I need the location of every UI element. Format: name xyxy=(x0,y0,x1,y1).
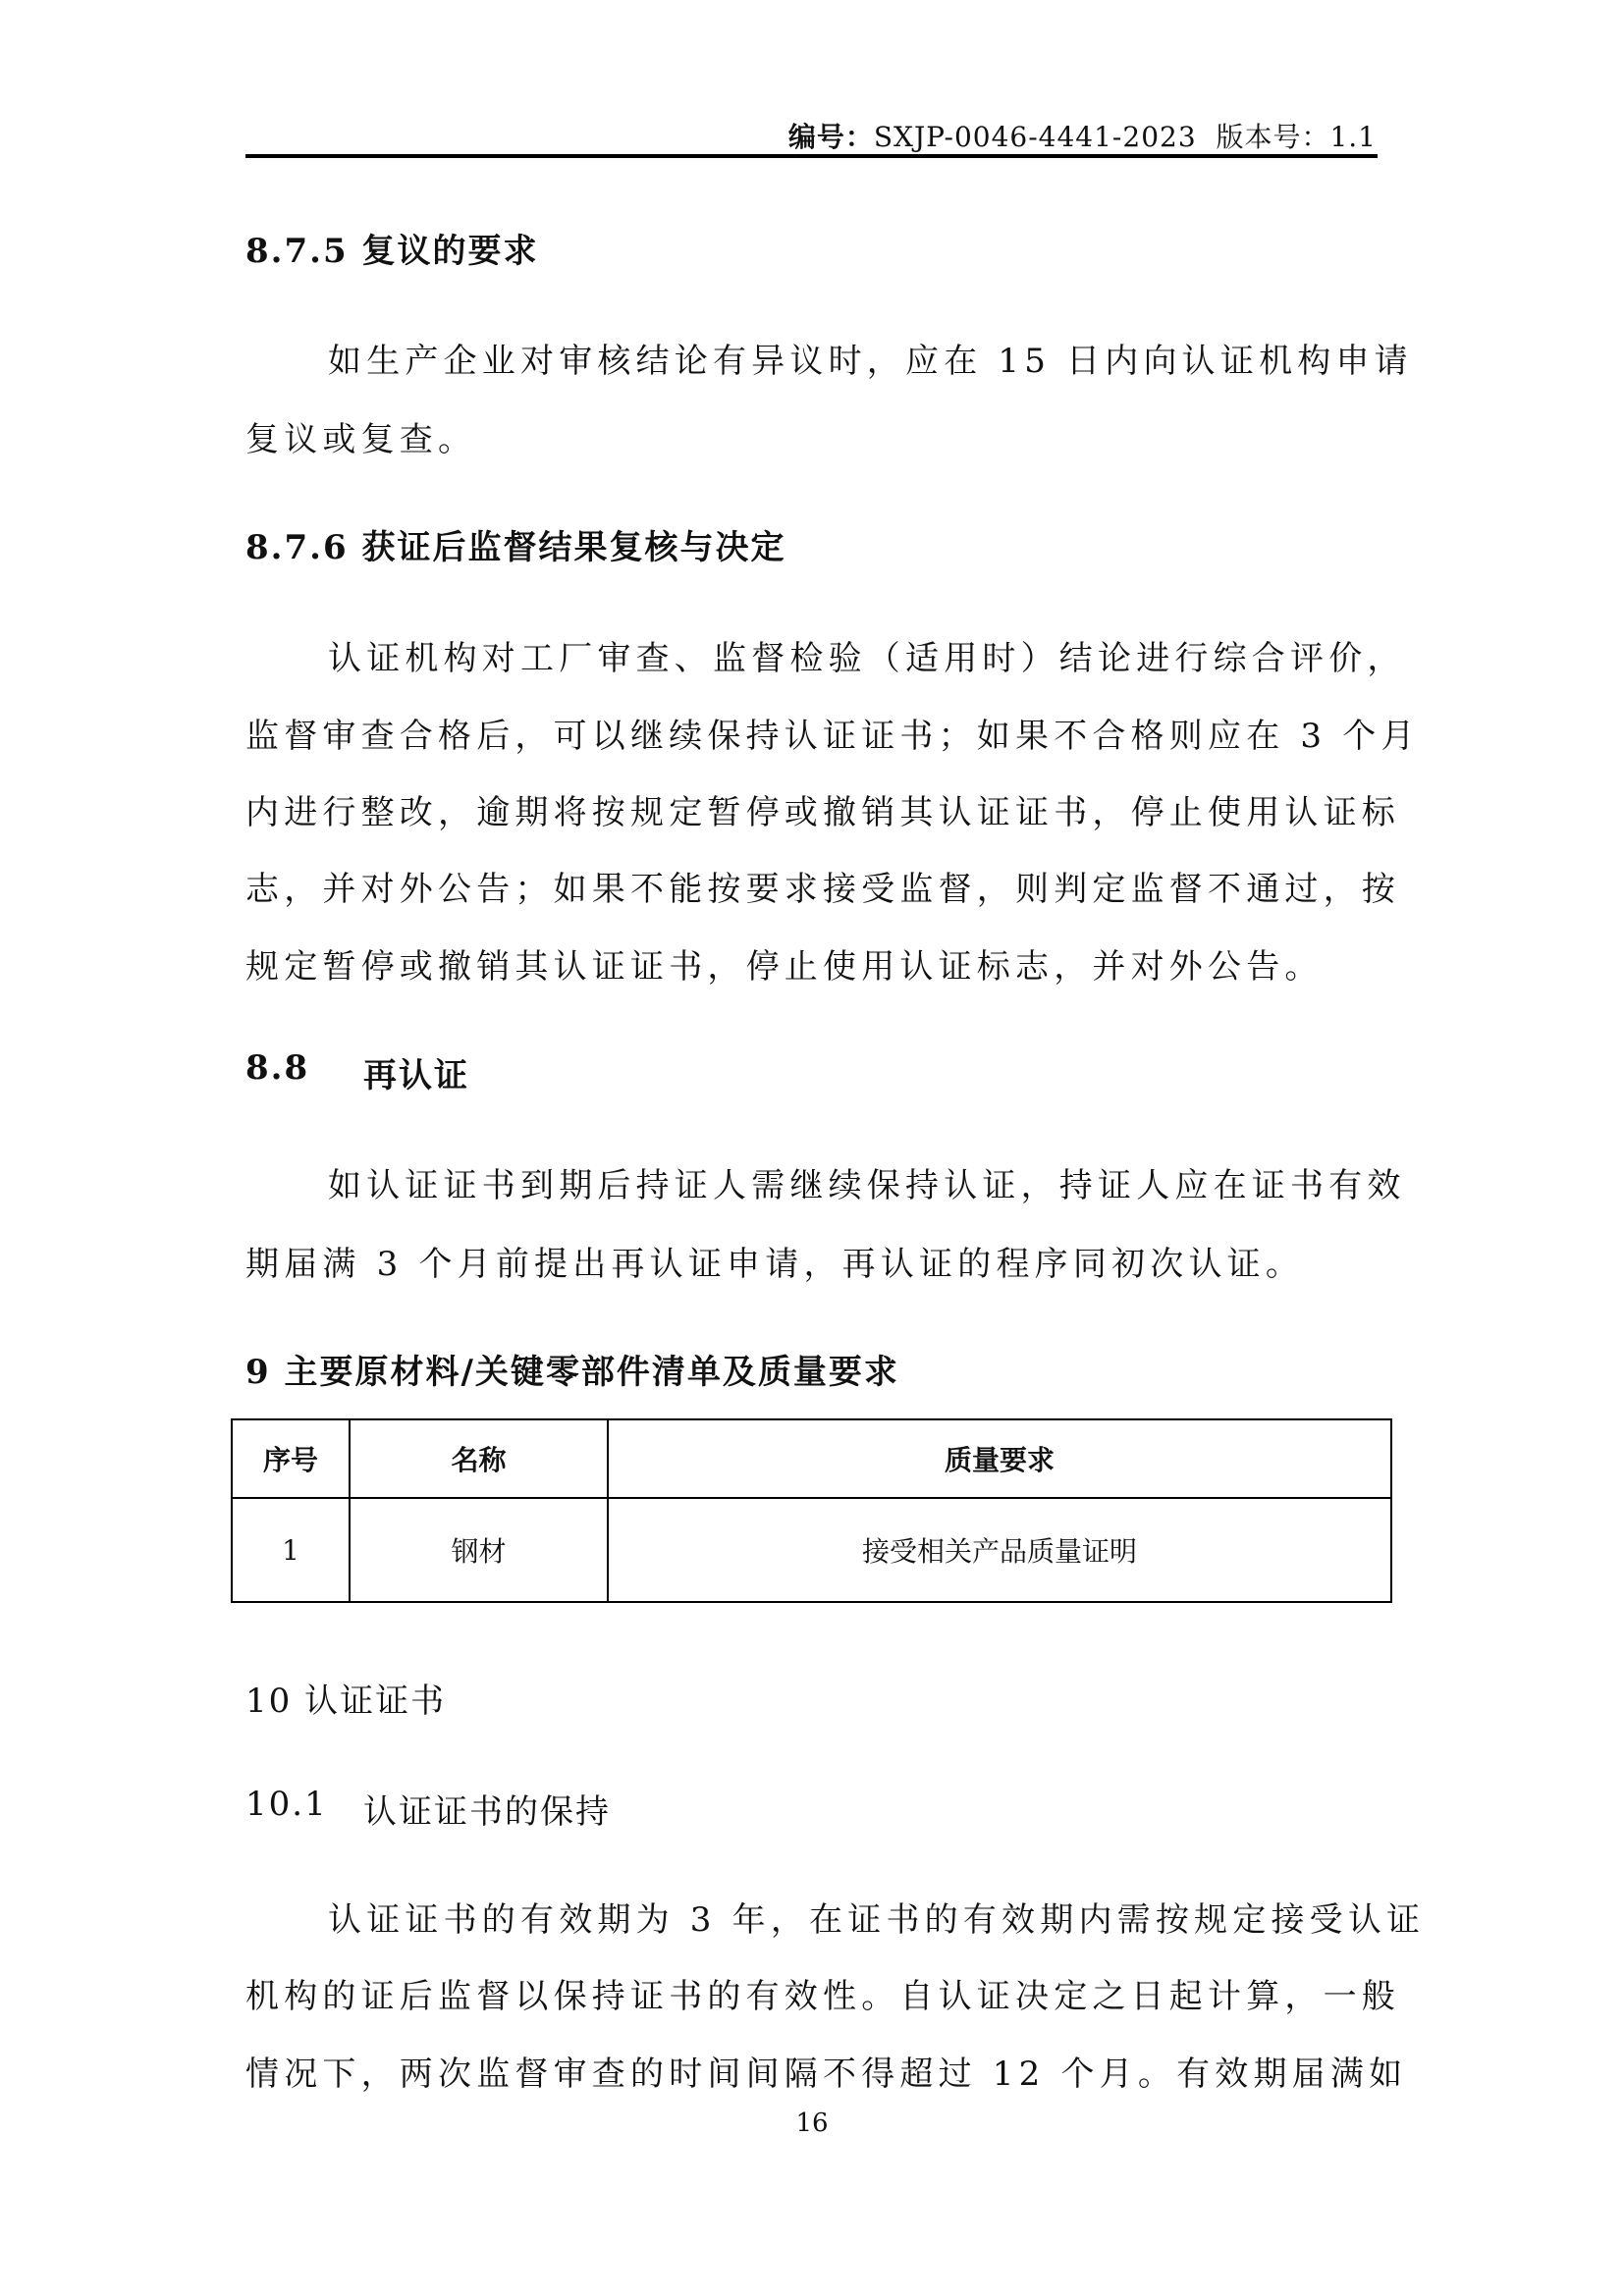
paragraph-line: 机构的证后监督以保持证书的有效性。自认证决定之日起计算，一般 xyxy=(245,1969,1384,2017)
code-label: 编号： xyxy=(788,121,874,153)
column-header-name: 名称 xyxy=(350,1419,608,1498)
section-heading-8-7-5: 8.7.5 复议的要求 xyxy=(245,224,538,272)
cell-name: 钢材 xyxy=(350,1498,608,1602)
section-title-8-8: 再认证 xyxy=(363,1048,469,1096)
code-value: SXJP-0046-4441-2023 xyxy=(874,121,1197,153)
paragraph-line: 认证机构对工厂审查、监督检验（适用时）结论进行综合评价， xyxy=(328,631,1467,679)
paragraph-line: 规定暂停或撤销其认证证书，停止使用认证标志，并对外公告。 xyxy=(245,939,1384,988)
paragraph-line: 如认证证书到期后持证人需继续保持认证，持证人应在证书有效 xyxy=(328,1158,1467,1206)
section-title-10-1: 认证证书的保持 xyxy=(363,1785,611,1833)
paragraph-line: 复议或复查。 xyxy=(245,412,1384,460)
cell-index: 1 xyxy=(232,1498,350,1602)
materials-table: 序号 名称 质量要求 1 钢材 接受相关产品质量证明 xyxy=(231,1418,1392,1603)
version-value: 1.1 xyxy=(1329,121,1377,153)
paragraph-line: 监督审查合格后，可以继续保持认证证书；如果不合格则应在 3 个月 xyxy=(245,709,1384,757)
paragraph-line: 期届满 3 个月前提出再认证申请，再认证的程序同初次认证。 xyxy=(245,1237,1384,1285)
section-number-10-1: 10.1 xyxy=(245,1785,328,1824)
paragraph-line: 内进行整改，逾期将按规定暂停或撤销其认证证书，停止使用认证标 xyxy=(245,785,1384,833)
column-header-index: 序号 xyxy=(232,1419,350,1498)
section-heading-10: 10 认证证书 xyxy=(245,1674,446,1722)
paragraph-line: 志，并对外公告；如果不能按要求接受监督，则判定监督不通过，按 xyxy=(245,862,1384,910)
section-heading-8-7-6: 8.7.6 获证后监督结果复核与决定 xyxy=(245,520,785,568)
version-label: 版本号： xyxy=(1216,121,1329,153)
section-number-8-8: 8.8 xyxy=(245,1048,309,1088)
paragraph-line: 情况下，两次监督审查的时间间隔不得超过 12 个月。有效期届满如 xyxy=(245,2047,1384,2095)
section-heading-9: 9 主要原材料/关键零部件清单及质量要求 xyxy=(245,1345,899,1393)
paragraph-line: 认证证书的有效期为 3 年，在证书的有效期内需按规定接受认证 xyxy=(328,1893,1467,1941)
paragraph-line: 如生产企业对审核结论有异议时，应在 15 日内向认证机构申请 xyxy=(328,334,1467,382)
document-header: 编号：SXJP-0046-4441-2023 版本号：1.1 xyxy=(788,116,1377,155)
page-number: 16 xyxy=(0,2109,1624,2138)
table-header-row: 序号 名称 质量要求 xyxy=(232,1419,1391,1498)
table-row: 1 钢材 接受相关产品质量证明 xyxy=(232,1498,1391,1602)
column-header-quality: 质量要求 xyxy=(608,1419,1391,1498)
header-rule xyxy=(245,154,1378,158)
cell-quality: 接受相关产品质量证明 xyxy=(608,1498,1391,1602)
